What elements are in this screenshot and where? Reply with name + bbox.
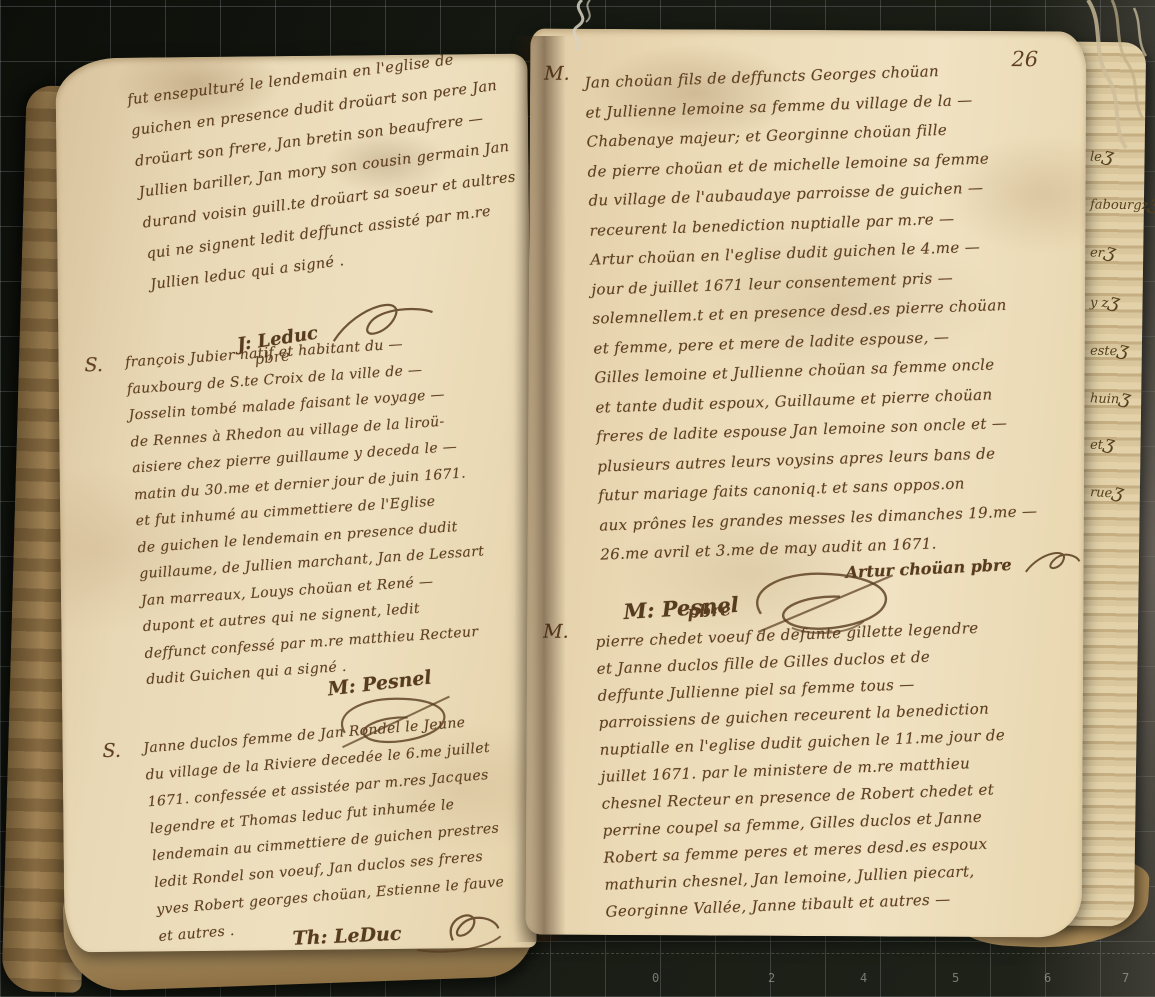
book-gutter-shadow [514,36,566,942]
edge-fragment: fabourgzʒ [1090,197,1155,213]
left-page: fut ensepulturé le lendemain en l'eglise… [55,54,536,953]
ruler-number: 4 [860,971,867,985]
register-entry-burial-drouart: fut ensepulturé le lendemain en l'eglise… [126,39,526,301]
binding-thread-icon [552,0,602,52]
edge-fragment: y zʒ [1090,295,1121,311]
entry-margin-letter: S. [102,740,121,762]
edge-fragment: etʒ [1090,438,1115,453]
edge-fragment: leʒ [1090,150,1114,166]
signature-paraph-icon [411,908,503,956]
ruler-number: 6 [1044,971,1051,985]
flourish-icon: ʒ [1104,245,1117,257]
signature-title: pbre [687,600,732,623]
edge-fragment: huinʒ [1090,391,1132,407]
signature-text: Th: LeDuc [292,923,402,950]
fragment-text: fabourgz [1090,197,1149,213]
flourish-icon: ʒ [1102,149,1115,161]
ruler-number: 0 [652,971,659,985]
register-entry-marriage-chedet: pierre chedet voeuf de defunte gillette … [595,614,1011,926]
flourish-icon: ʒ [1112,485,1125,497]
flourish-icon: ʒ [1149,197,1155,209]
edge-fragment: erʒ [1090,245,1116,261]
ruler-number: 7 [1122,971,1129,985]
fragment-text: este [1090,344,1118,359]
flourish-icon: ʒ [1108,295,1121,307]
edge-fragment: rueʒ [1090,485,1125,502]
flourish-icon: ʒ [1117,343,1130,355]
frayed-edge-icon [1078,0,1152,150]
flourish-icon: ʒ [1103,437,1116,449]
register-entry-marriage-chouan: Jan choüan fils de deffuncts Georges cho… [584,54,1039,570]
ruler-number: 2 [768,971,775,985]
flourish-icon: ʒ [1119,391,1132,403]
fragment-text: rue [1090,485,1113,501]
edge-fragment: esteʒ [1090,344,1129,360]
register-entry-burial-jubier: françois Jubier natif et habitant du —fa… [124,327,492,694]
manuscript-register-photo: 0 2 4 5 6 7 fut ensepulturé le lendemain… [0,0,1155,997]
fragment-text: huin [1090,391,1120,407]
ruler-number: 5 [952,971,959,985]
entry-margin-letter: S. [84,354,103,376]
right-page: 26 M. Jan choüan fils de deffuncts Georg… [526,29,1087,938]
fragment-text: y z [1090,295,1109,311]
signature-paraph-icon [1020,547,1081,580]
